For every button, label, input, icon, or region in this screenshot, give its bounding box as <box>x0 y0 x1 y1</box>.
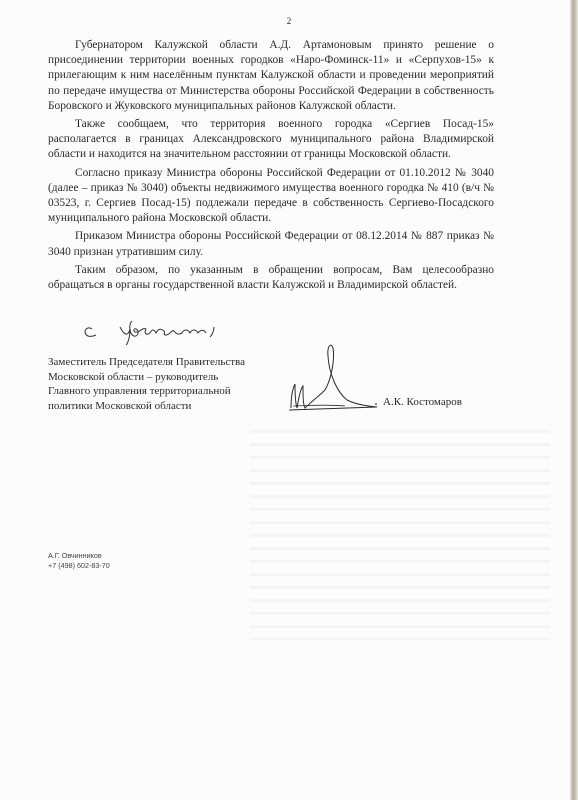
handwritten-closing <box>80 315 260 345</box>
signatory-title-line: Московской области – руководитель <box>48 370 245 385</box>
signatory-title-line: Заместитель Председателя Правительства <box>48 355 245 370</box>
paragraph-order-887: Приказом Министра обороны Российской Фед… <box>48 229 494 259</box>
executor-contact: А.Г. Овчинников +7 (498) 602-83-70 <box>48 551 110 570</box>
signatory-name: А.К. Костомаров <box>383 396 462 408</box>
letter-body: Губернатором Калужской области А.Д. Арта… <box>48 38 494 296</box>
paragraph-conclusion: Таким образом, по указанным в обращении … <box>48 263 494 293</box>
paragraph-order-3040: Согласно приказу Министра обороны Россий… <box>48 166 494 227</box>
mark-dot <box>375 403 377 405</box>
executor-phone: +7 (498) 602-83-70 <box>48 561 110 571</box>
page-number: 2 <box>0 16 578 26</box>
signature-icon <box>285 340 385 415</box>
signatory-title-line: Главного управления территориальной <box>48 384 245 399</box>
signatory-title: Заместитель Председателя Правительства М… <box>48 355 245 413</box>
paragraph-kaluga-decision: Губернатором Калужской области А.Д. Арта… <box>48 38 494 114</box>
paragraph-sergiev-posad-location: Также сообщаем, что территория военного … <box>48 117 494 163</box>
handwritten-signature <box>285 340 385 415</box>
executor-name: А.Г. Овчинников <box>48 551 110 561</box>
scan-edge <box>570 0 578 800</box>
document-page: 2 Губернатором Калужской области А.Д. Ар… <box>0 0 570 800</box>
signatory-title-line: политики Московской области <box>48 399 245 414</box>
reverse-side-bleed-through <box>250 420 550 640</box>
handwritten-closing-icon <box>80 315 260 345</box>
